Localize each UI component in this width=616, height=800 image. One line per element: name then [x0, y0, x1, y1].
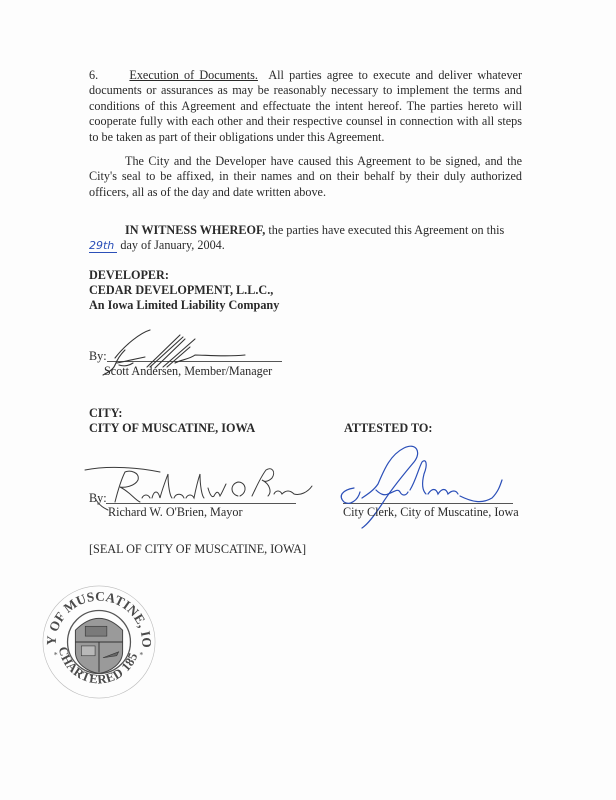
- section-6-paragraph: 6. Execution of Documents. All parties a…: [89, 68, 522, 145]
- closing-line: The City and the Developer have caused t…: [89, 154, 522, 169]
- svg-text:*: *: [54, 651, 58, 660]
- closing-line: officers, all as of the day and date wri…: [89, 185, 522, 200]
- city-label: CITY:: [89, 406, 122, 421]
- witness-text: the parties have executed this Agreement…: [265, 223, 504, 237]
- mayor-signatory: Richard W. O'Brien, Mayor: [108, 505, 243, 520]
- witness-date: 29th day of January, 2004.: [89, 238, 225, 253]
- section-6-line: documents or assurances as may be reason…: [89, 83, 522, 98]
- clerk-signatory: City Clerk, City of Muscatine, Iowa: [343, 505, 519, 520]
- attest-label: ATTESTED TO:: [344, 421, 432, 436]
- seal-caption: [SEAL OF CITY OF MUSCATINE, IOWA]: [89, 542, 306, 557]
- closing-line: City's seal to be affixed, in their name…: [89, 169, 522, 184]
- section-number: 6.: [89, 68, 98, 82]
- developer-label: DEVELOPER:: [89, 268, 169, 283]
- witness-lead: IN WITNESS WHEREOF,: [125, 223, 265, 237]
- svg-text:*: *: [139, 651, 143, 660]
- section-6-line: to be taken as part of their obligations…: [89, 130, 522, 145]
- city-name: CITY OF MUSCATINE, IOWA: [89, 421, 255, 436]
- handwritten-day: 29th: [89, 239, 117, 253]
- section-6-line: All parties agree to execute and deliver…: [268, 68, 522, 82]
- developer-signatory: Scott Andersen, Member/Manager: [104, 364, 272, 379]
- closing-paragraph: The City and the Developer have caused t…: [89, 154, 522, 200]
- developer-name: CEDAR DEVELOPMENT, L.L.C.,: [89, 283, 273, 298]
- section-heading: Execution of Documents.: [129, 68, 258, 82]
- section-6-line: cooperate fully with each other and thei…: [89, 114, 522, 129]
- developer-description: An Iowa Limited Liability Company: [89, 298, 279, 313]
- section-6-line: conditions of this Agreement and effectu…: [89, 99, 522, 114]
- city-seal-icon: CITY OF MUSCATINE, IOWA CHARTERED 1851 *…: [40, 583, 158, 701]
- witness-clause: IN WITNESS WHEREOF, the parties have exe…: [125, 223, 504, 238]
- date-suffix: day of January, 2004.: [117, 238, 225, 252]
- document-page: 6. Execution of Documents. All parties a…: [0, 0, 616, 800]
